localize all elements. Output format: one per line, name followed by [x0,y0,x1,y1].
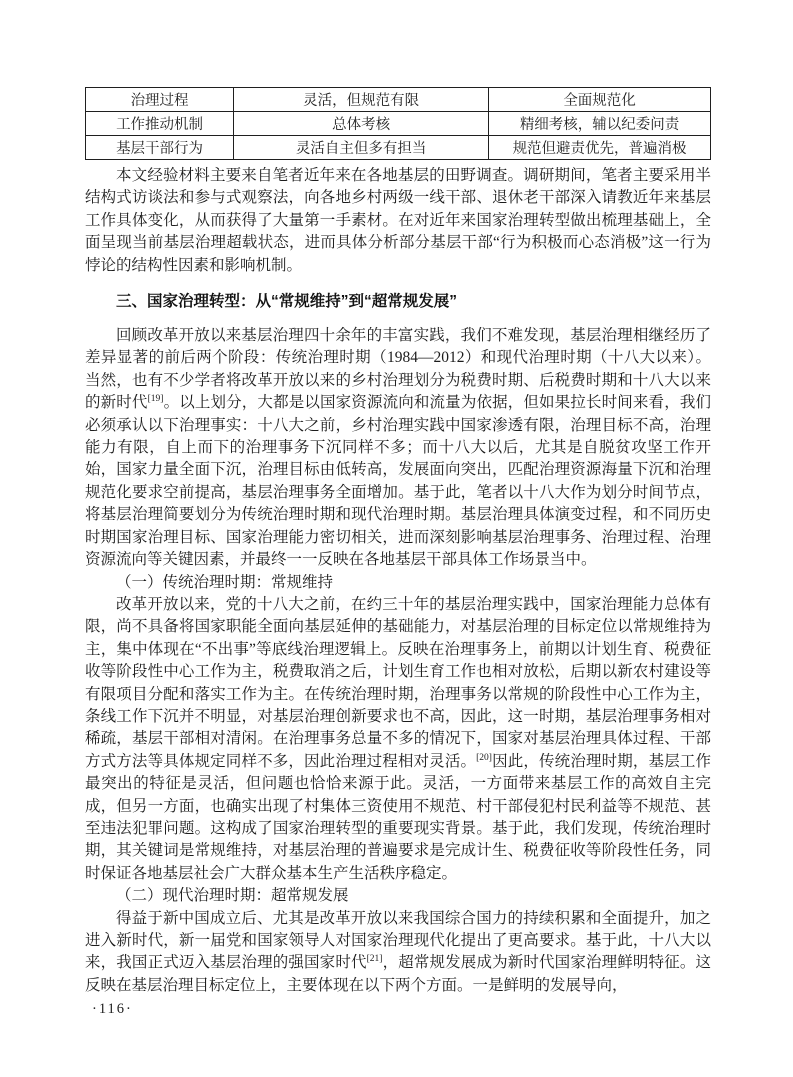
table-cell: 治理过程 [86,88,234,112]
footnote-ref-19: [19] [148,394,164,404]
subsection-heading-2: （二）现代治理时期：超常规发展 [85,885,711,907]
table-cell: 基层干部行为 [86,136,234,160]
table-cell: 总体考核 [234,112,489,136]
table-cell: 工作推动机制 [86,112,234,136]
document-page: 治理过程 灵活，但规范有限 全面规范化 工作推动机制 总体考核 精细考核，辅以纪… [0,0,793,1077]
paragraph-text: 因此，传统治理时期，基层工作最突出的特征是灵活，但问题也恰恰来源于此。灵活，一方… [85,753,711,882]
table-row: 基层干部行为 灵活自主但多有担当 规范但避责优先，普遍消极 [86,136,711,160]
comparison-table: 治理过程 灵活，但规范有限 全面规范化 工作推动机制 总体考核 精细考核，辅以纪… [85,87,711,160]
table-cell: 灵活，但规范有限 [234,88,489,112]
table-cell: 灵活自主但多有担当 [234,136,489,160]
table-cell: 精细考核，辅以纪委问责 [489,112,711,136]
table-row: 治理过程 灵活，但规范有限 全面规范化 [86,88,711,112]
footnote-ref-21: [21] [367,954,383,964]
paragraph-overview: 回顾改革开放以来基层治理四十余年的丰富实践，我们不难发现，基层治理相继经历了差异… [85,325,711,571]
paragraph-modern-period: 得益于新中国成立后、尤其是改革开放以来我国综合国力的持续积累和全面提升，加之进入… [85,908,711,998]
paragraph-text: 改革开放以来，党的十八大之前，在约三十年的基层治理实践中，国家治理能力总体有限，… [85,596,711,770]
page-content: 治理过程 灵活，但规范有限 全面规范化 工作推动机制 总体考核 精细考核，辅以纪… [85,87,711,997]
page-number: ·116· [92,1001,133,1018]
section-heading: 三、国家治理转型：从“常规维持”到“超常规发展” [85,291,711,313]
table-cell: 规范但避责优先，普遍消极 [489,136,711,160]
subsection-heading-1: （一）传统治理时期：常规维持 [85,572,711,594]
table-row: 工作推动机制 总体考核 精细考核，辅以纪委问责 [86,112,711,136]
paragraph-methodology: 本文经验材料主要来自笔者近年来在各地基层的田野调查。调研期间，笔者主要采用半结构… [85,165,711,277]
paragraph-traditional-period: 改革开放以来，党的十八大之前，在约三十年的基层治理实践中，国家治理能力总体有限，… [85,594,711,885]
footnote-ref-20: [20] [476,753,492,763]
table-cell: 全面规范化 [489,88,711,112]
paragraph-text: 。以上划分，大都是以国家资源流向和流量为依据，但如果拉长时间来看，我们必须承认以… [85,394,711,568]
